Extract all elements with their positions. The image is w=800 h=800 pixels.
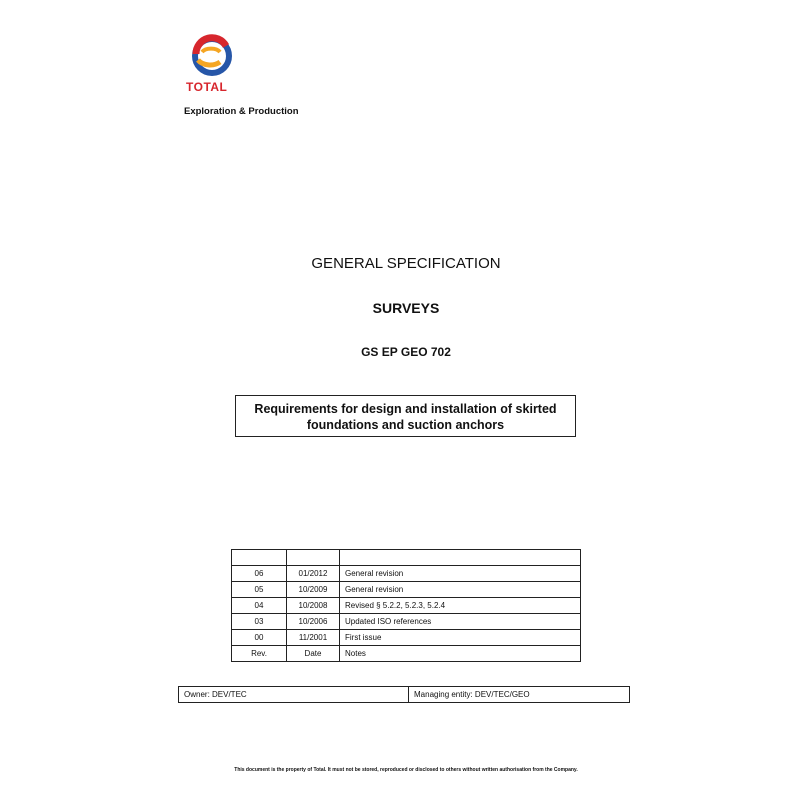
- brand-name: TOTAL: [186, 80, 227, 94]
- table-row: 0510/2009General revision: [232, 582, 581, 598]
- table-row: 0310/2006Updated ISO references: [232, 614, 581, 630]
- document-subject: SURVEYS: [0, 300, 800, 316]
- confidentiality-notice: This document is the property of Total. …: [0, 767, 800, 773]
- document-category: GENERAL SPECIFICATION: [0, 255, 800, 272]
- owner-cell: Owner: DEV/TEC: [179, 687, 409, 703]
- document-number: GS EP GEO 702: [0, 345, 800, 359]
- division-label: Exploration & Production: [184, 106, 299, 117]
- table-header-row: Rev.DateNotes: [232, 646, 581, 662]
- revision-table: 0601/2012General revision 0510/2009Gener…: [231, 549, 581, 662]
- table-row-blank: [232, 550, 581, 566]
- description-line-2: foundations and suction anchors: [236, 417, 575, 433]
- document-description-box: Requirements for design and installation…: [235, 395, 576, 437]
- description-line-1: Requirements for design and installation…: [236, 401, 575, 417]
- ownership-table: Owner: DEV/TEC Managing entity: DEV/TEC/…: [178, 686, 630, 703]
- total-logo-icon: [190, 34, 234, 78]
- table-row: 0011/2001First issue: [232, 630, 581, 646]
- table-row: 0410/2008Revised § 5.2.2, 5.2.3, 5.2.4: [232, 598, 581, 614]
- table-row: 0601/2012General revision: [232, 566, 581, 582]
- managing-entity-cell: Managing entity: DEV/TEC/GEO: [409, 687, 630, 703]
